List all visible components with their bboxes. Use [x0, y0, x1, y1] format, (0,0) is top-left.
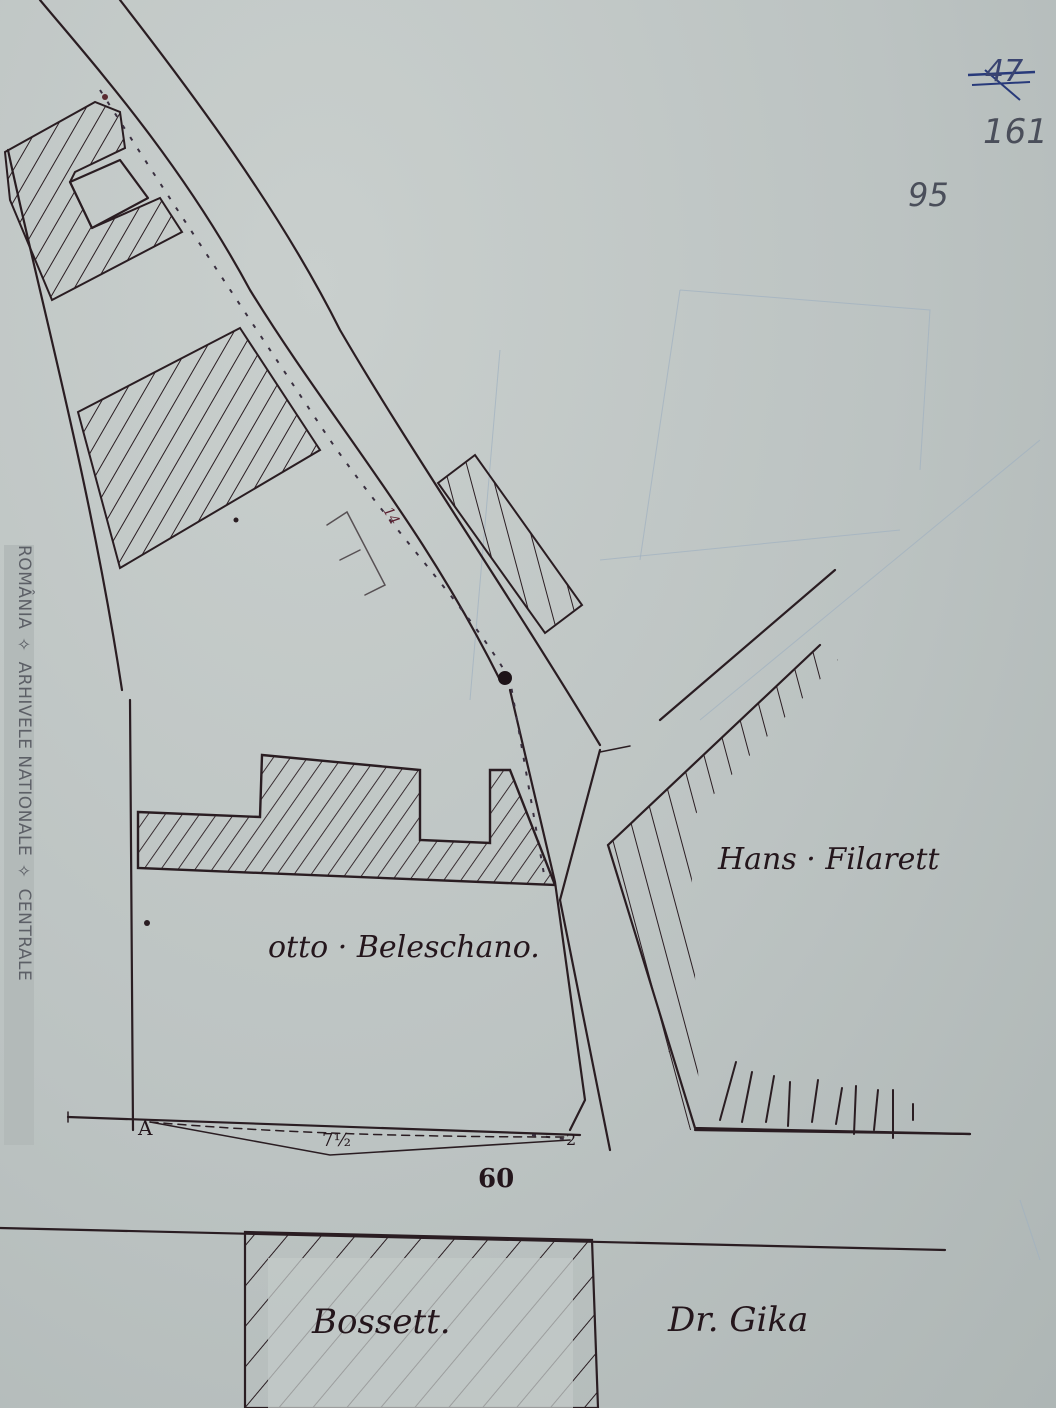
page-number-current: 161 — [983, 112, 1048, 152]
archival-map-sheet: 47 161 95 Hans · Filarett otto · Belesch… — [0, 0, 1056, 1408]
building-middle-left — [78, 328, 320, 568]
pencil-structure — [327, 512, 385, 595]
pencil-guides — [470, 290, 1040, 1260]
label-hans-filarett: Hans · Filarett — [718, 842, 939, 877]
street-edges — [0, 0, 970, 1250]
label-bossett: Bossett. — [312, 1302, 451, 1342]
archive-stamp: ROMÂNIA ✧ ARHIVELE NATIONALE ✧ CENTRALE — [4, 545, 34, 1145]
distance-60-label: 60 — [478, 1164, 514, 1194]
label-dr-gika: Dr. Gika — [668, 1300, 808, 1340]
label-otto-beleschano: otto · Beleschano. — [268, 930, 540, 965]
point-a-label: A — [138, 1116, 152, 1140]
building-beleschano — [138, 755, 555, 885]
page-number-pencil: 95 — [908, 176, 949, 214]
distance-fraction-label: 7½ — [322, 1130, 351, 1151]
street-plan-drawing — [0, 0, 1056, 1408]
point-2-label: 2 — [566, 1130, 576, 1149]
page-number-struck: 47 — [985, 54, 1023, 89]
street-centerline — [100, 90, 572, 1140]
building-top-left — [5, 102, 182, 300]
ink-blot — [498, 671, 512, 685]
